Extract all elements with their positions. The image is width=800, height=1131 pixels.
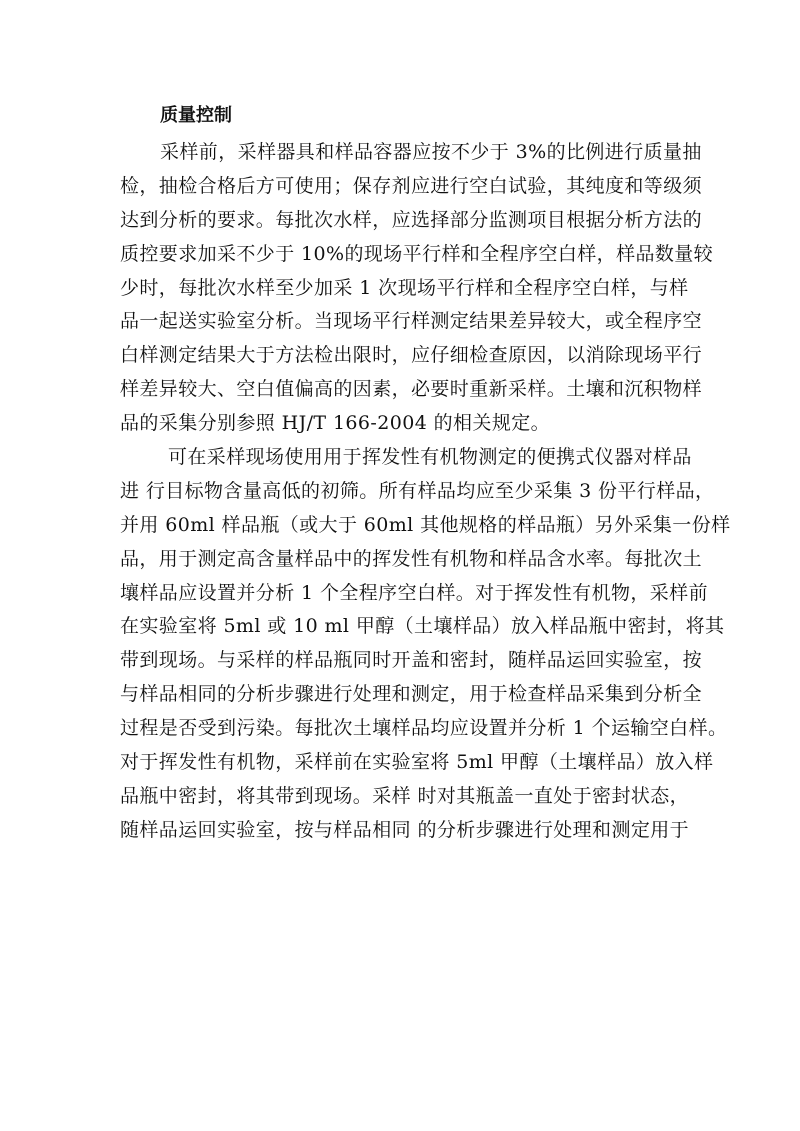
text-line: 检，抽检合格后方可使用；保存剂应进行空白试验，其纯度和等级须 [120, 170, 680, 204]
section-heading: 质量控制 [160, 104, 232, 128]
text-line: 与样品相同的分析步骤进行处理和测定，用于检查样品采集到分析全 [120, 678, 680, 712]
text-line: 质控要求加采不少于 10%的现场平行样和全程序空白样，样品数量较 [120, 238, 680, 272]
text-line: 在实验室将 5ml 或 10 ml 甲醇（土壤样品）放入样品瓶中密封，将其 [120, 610, 680, 644]
paragraph-voc-screening: 可在采样现场使用用于挥发性有机物测定的便携式仪器对样品 进 行目标物含量高低的初… [120, 441, 680, 848]
text-line: 带到现场。与采样的样品瓶同时开盖和密封，随样品运回实验室，按 [120, 644, 680, 678]
text-line: 样差异较大、空白值偏高的因素，必要时重新采样。土壤和沉积物样 [120, 373, 680, 407]
text-line: 品一起送实验室分析。当现场平行样测定结果差异较大，或全程序空 [120, 305, 680, 339]
text-line: 少时，每批次水样至少加采 1 次现场平行样和全程序空白样，与样 [120, 272, 680, 306]
text-line: 品瓶中密封，将其带到现场。采样 时对其瓶盖一直处于密封状态， [120, 780, 680, 814]
document-page: 质量控制 采样前，采样器具和样品容器应按不少于 3%的比例进行质量抽 检，抽检合… [0, 0, 800, 1131]
text-line: 过程是否受到污染。每批次土壤样品均应设置并分析 1 个运输空白样。 [120, 712, 680, 746]
text-line: 品，用于测定高含量样品中的挥发性有机物和样品含水率。每批次土 [120, 543, 680, 577]
text-line: 品的采集分别参照 HJ/T 166-2004 的相关规定。 [120, 407, 680, 441]
text-line: 采样前，采样器具和样品容器应按不少于 3%的比例进行质量抽 [120, 136, 680, 170]
text-line: 壤样品应设置并分析 1 个全程序空白样。对于挥发性有机物，采样前 [120, 577, 680, 611]
text-line: 对于挥发性有机物，采样前在实验室将 5ml 甲醇（土壤样品）放入样 [120, 746, 680, 780]
text-line: 达到分析的要求。每批次水样，应选择部分监测项目根据分析方法的 [120, 204, 680, 238]
text-line: 白样测定结果大于方法检出限时，应仔细检查原因，以消除现场平行 [120, 339, 680, 373]
text-line: 可在采样现场使用用于挥发性有机物测定的便携式仪器对样品 [120, 441, 680, 475]
document-body: 采样前，采样器具和样品容器应按不少于 3%的比例进行质量抽 检，抽检合格后方可使… [120, 136, 680, 848]
paragraph-sampling-quality: 采样前，采样器具和样品容器应按不少于 3%的比例进行质量抽 检，抽检合格后方可使… [120, 136, 680, 441]
text-line: 进 行目标物含量高低的初筛。所有样品均应至少采集 3 份平行样品， [120, 475, 680, 509]
text-line: 并用 60ml 样品瓶（或大于 60ml 其他规格的样品瓶）另外采集一份样 [120, 509, 680, 543]
text-line: 随样品运回实验室，按与样品相同 的分析步骤进行处理和测定用于 [120, 814, 680, 848]
